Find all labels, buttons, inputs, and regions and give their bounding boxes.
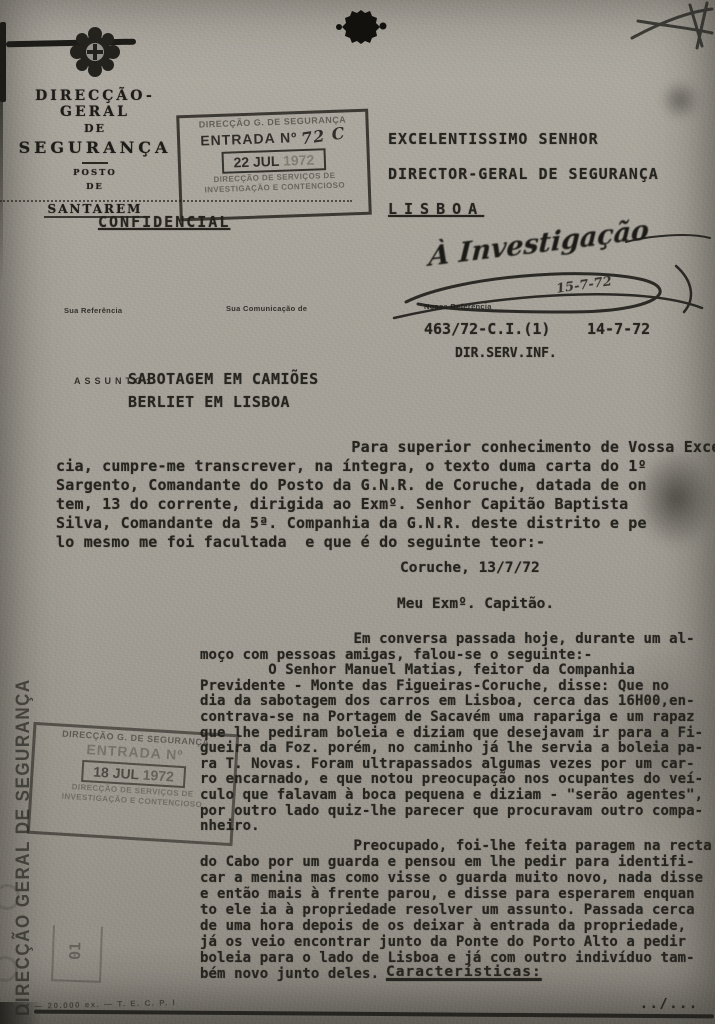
partial-stamp-number: 01 <box>66 942 85 961</box>
stamp-entrada-label: ENTRADA Nº <box>200 129 298 148</box>
vertical-org-stamp: DIRECÇÃO GERAL DE SEGURANÇA <box>12 678 34 1016</box>
label-sua-referencia: Sua Referência <box>64 306 122 315</box>
org-name-line1: DIRECÇÃO-GERAL <box>6 88 184 120</box>
letterhead-divider <box>82 162 108 164</box>
posto-de-label: DE <box>6 182 184 192</box>
pen-scribble-icon <box>628 0 715 52</box>
characteristics-heading: Características: <box>386 964 542 980</box>
entry-stamp-top: DIRECÇÃO G. DE SEGURANÇA ENTRADA Nº72 C … <box>176 109 372 222</box>
signature-rubric-icon <box>388 222 715 334</box>
stamp-date: 22 JUL <box>233 153 279 171</box>
bottom-scan-line <box>34 1010 714 1019</box>
handwritten-annotation: À Investigação 15-7-72 <box>388 222 715 334</box>
dgs-seal-icon <box>70 26 120 78</box>
addressee-city: LISBOA <box>388 200 484 218</box>
stamp-date-year: 1972 <box>142 767 174 785</box>
stamp-entry-number: 72 C <box>300 123 347 148</box>
stamp-date: 18 JUL <box>93 764 140 783</box>
body-paragraph-2: Em conversa passada hoje, durante um al-… <box>200 632 703 835</box>
stamp-date-year: 1972 <box>283 152 315 169</box>
label-sua-comunicacao: Sua Comunicação de <box>226 304 307 313</box>
scanned-document-page: DIRECÇÃO-GERAL DE SEGURANÇA POSTO DE SAN… <box>0 0 715 1024</box>
scan-edge-streak <box>0 95 3 285</box>
ink-blot-icon <box>330 4 392 50</box>
org-name-line3: SEGURANÇA <box>6 138 184 157</box>
posto-label: POSTO <box>6 168 184 178</box>
letter-salutation: Meu Exmº. Capitão. <box>397 596 554 612</box>
ink-smudge <box>660 80 700 120</box>
printer-fine-print: * — 20.000 ex. — T. E. C. P. I <box>26 998 176 1011</box>
reference-number: 463/72-C.I.(1) <box>424 320 550 338</box>
stamp-date-box: 22 JUL 1972 <box>221 148 326 174</box>
org-name-line2: DE <box>6 122 184 135</box>
letterhead: DIRECÇÃO-GERAL DE SEGURANÇA POSTO DE SAN… <box>6 26 184 218</box>
addressee-line1: EXCELENTISSIMO SENHOR <box>388 130 599 148</box>
continuation-mark: ../... <box>640 997 699 1012</box>
subject-text: SABOTAGEM EM CAMIÕES BERLIET EM LISBOA <box>128 368 319 414</box>
reference-department: DIR.SERV.INF. <box>455 346 557 361</box>
label-nossa-referencia: Nossa Referência <box>424 302 492 311</box>
body-paragraph-1: Para superior conhecimento de Vossa Exce… <box>56 438 715 552</box>
body-paragraph-3: Preocupado, foi-lhe feita paragem na rec… <box>200 838 712 982</box>
reference-date: 14-7-72 <box>587 320 650 338</box>
addressee-line2: DIRECTOR-GERAL DE SEGURANÇA <box>388 165 659 183</box>
partial-number-stamp: 01 <box>51 925 103 983</box>
letter-place-date: Coruche, 13/7/72 <box>400 560 540 576</box>
entry-stamp-left: DIRECÇÃO G. DE SEGURANÇA ENTRADA Nº 18 J… <box>27 722 239 846</box>
